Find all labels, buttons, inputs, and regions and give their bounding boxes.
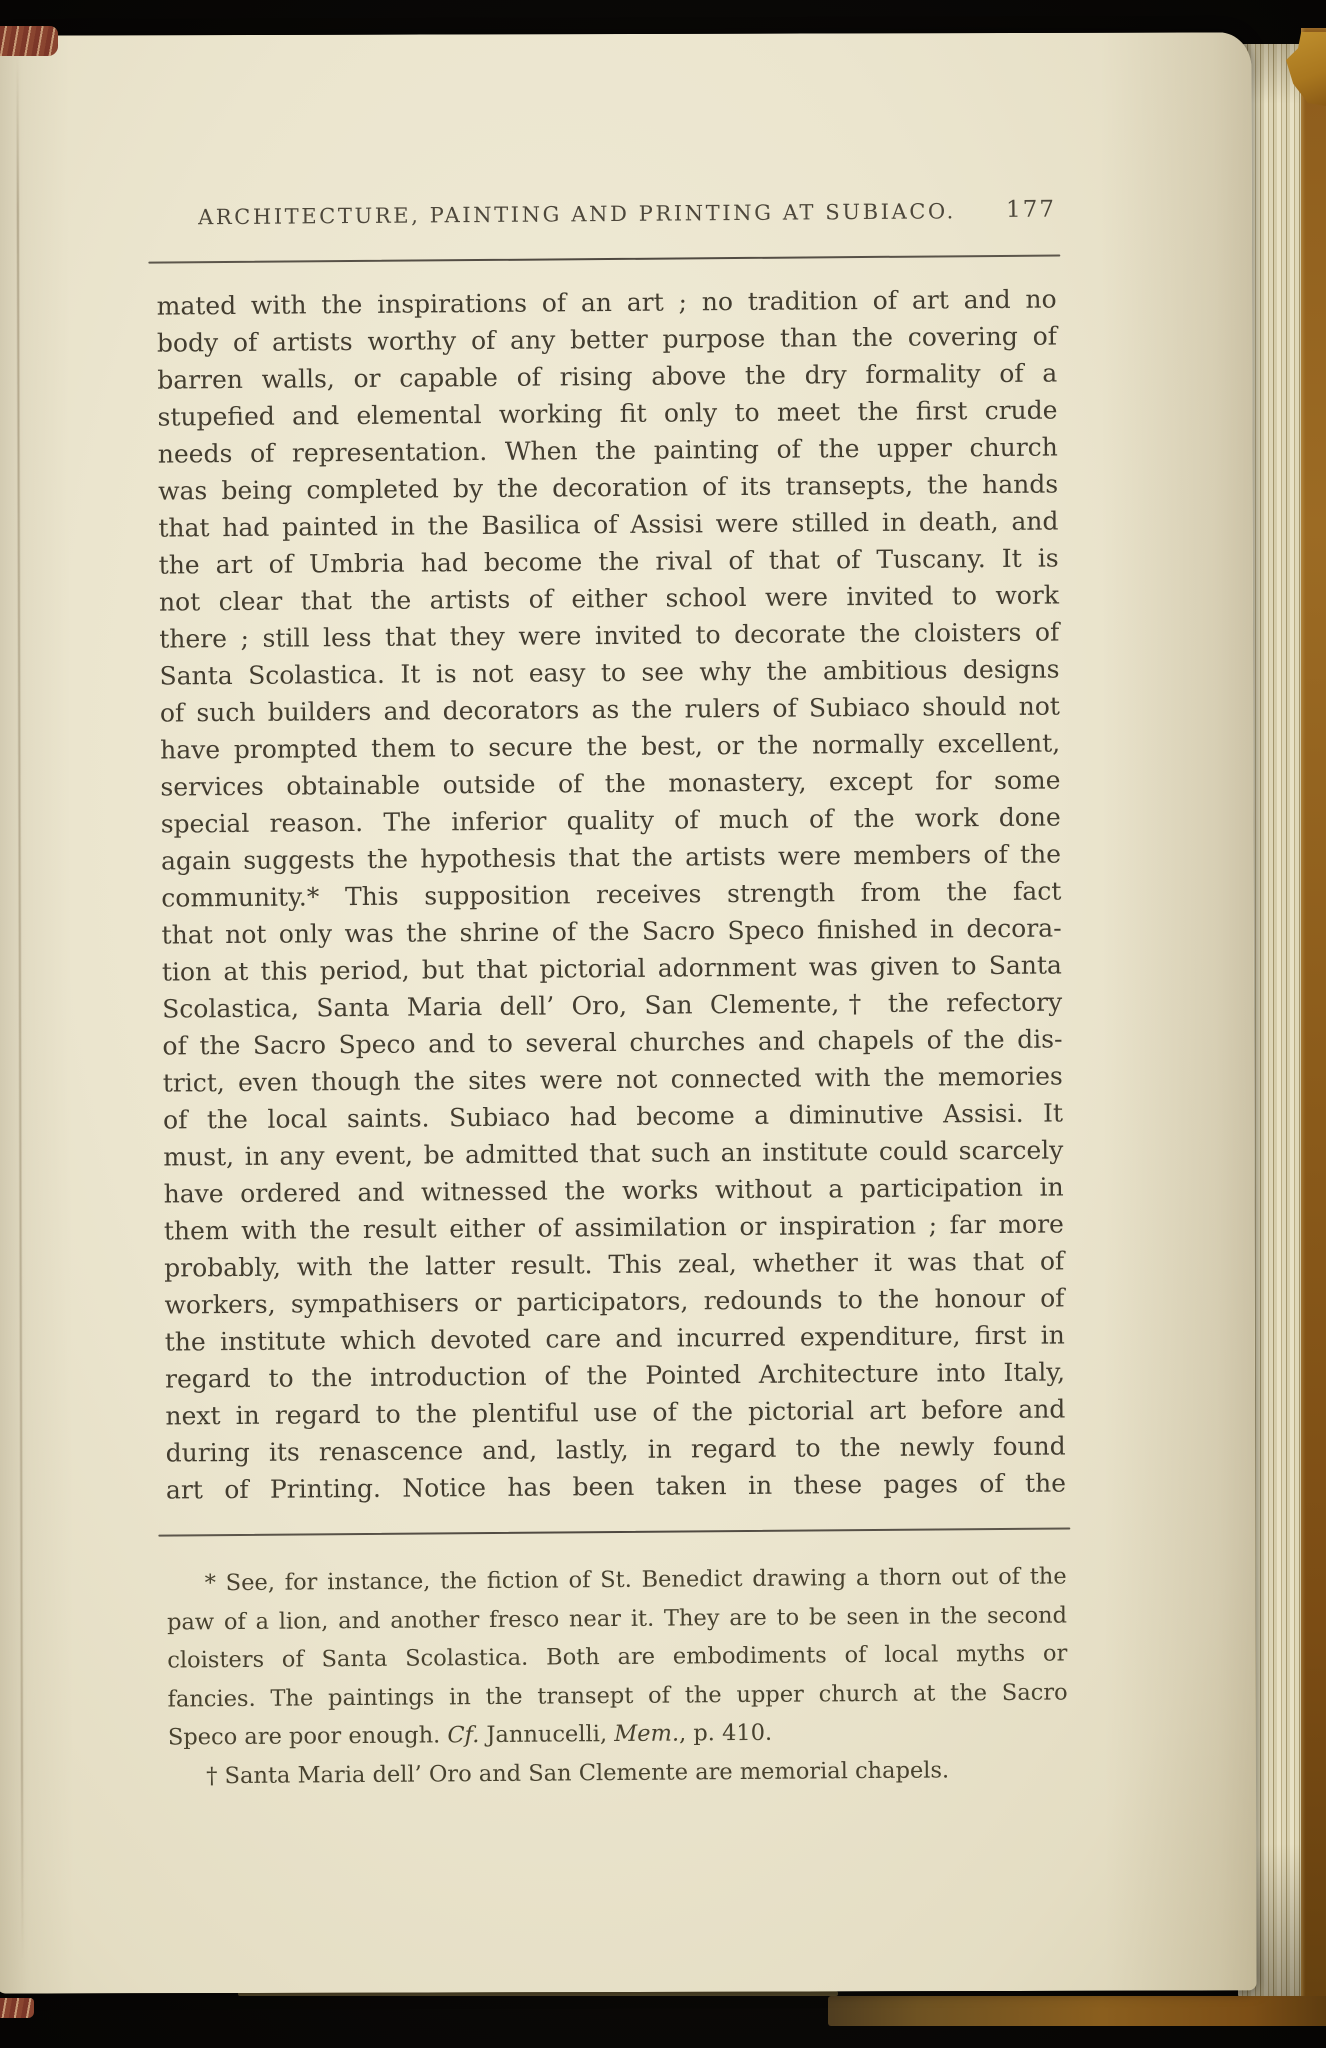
book-photo: ARCHITECTURE, PAINTING AND PRINTING AT S…	[0, 0, 1326, 2048]
page-header: ARCHITECTURE, PAINTING AND PRINTING AT S…	[156, 199, 1056, 236]
running-head-title: ARCHITECTURE, PAINTING AND PRINTING AT S…	[156, 199, 1056, 230]
book-page: ARCHITECTURE, PAINTING AND PRINTING AT S…	[0, 32, 1257, 1993]
footnote-rule	[158, 1527, 1070, 1536]
book-cover-right-edge	[1301, 28, 1326, 2026]
text-line: fancies. The paintings in the transept o…	[167, 1673, 1067, 1719]
spine-headband-top	[0, 26, 58, 56]
footnote-2: † Santa Maria dell’ Oro and San Clemente…	[168, 1750, 1068, 1796]
footnote-text: , p. 410.	[679, 1720, 772, 1747]
footnote-1: * See, for instance, the fiction of St. …	[167, 1557, 1068, 1757]
text-line: cloisters of Santa Scolastica. Both are …	[167, 1634, 1067, 1680]
text-line: * See, for instance, the fiction of St. …	[167, 1557, 1067, 1603]
footnote-mem-italic: Mem.	[614, 1721, 679, 1748]
page-content: ARCHITECTURE, PAINTING AND PRINTING AT S…	[156, 199, 1068, 1796]
body-text: mated with the inspirations of an art ; …	[157, 281, 1067, 1509]
spine-headband-bottom	[0, 1998, 34, 2018]
gutter-crease	[16, 58, 23, 1960]
book-cover-bottom-edge	[828, 1996, 1326, 2026]
footnote-text: Jannucelli,	[479, 1721, 614, 1748]
footnote-text: Speco are poor enough.	[168, 1722, 448, 1750]
footnote-1-lines: * See, for instance, the fiction of St. …	[167, 1557, 1068, 1718]
text-line: art of Printing. Notice has been taken i…	[166, 1464, 1066, 1508]
header-rule	[148, 254, 1060, 263]
page-number: 177	[1006, 197, 1056, 223]
footnotes: * See, for instance, the fiction of St. …	[167, 1557, 1069, 1795]
footnote-cf-italic: Cf.	[447, 1722, 479, 1748]
